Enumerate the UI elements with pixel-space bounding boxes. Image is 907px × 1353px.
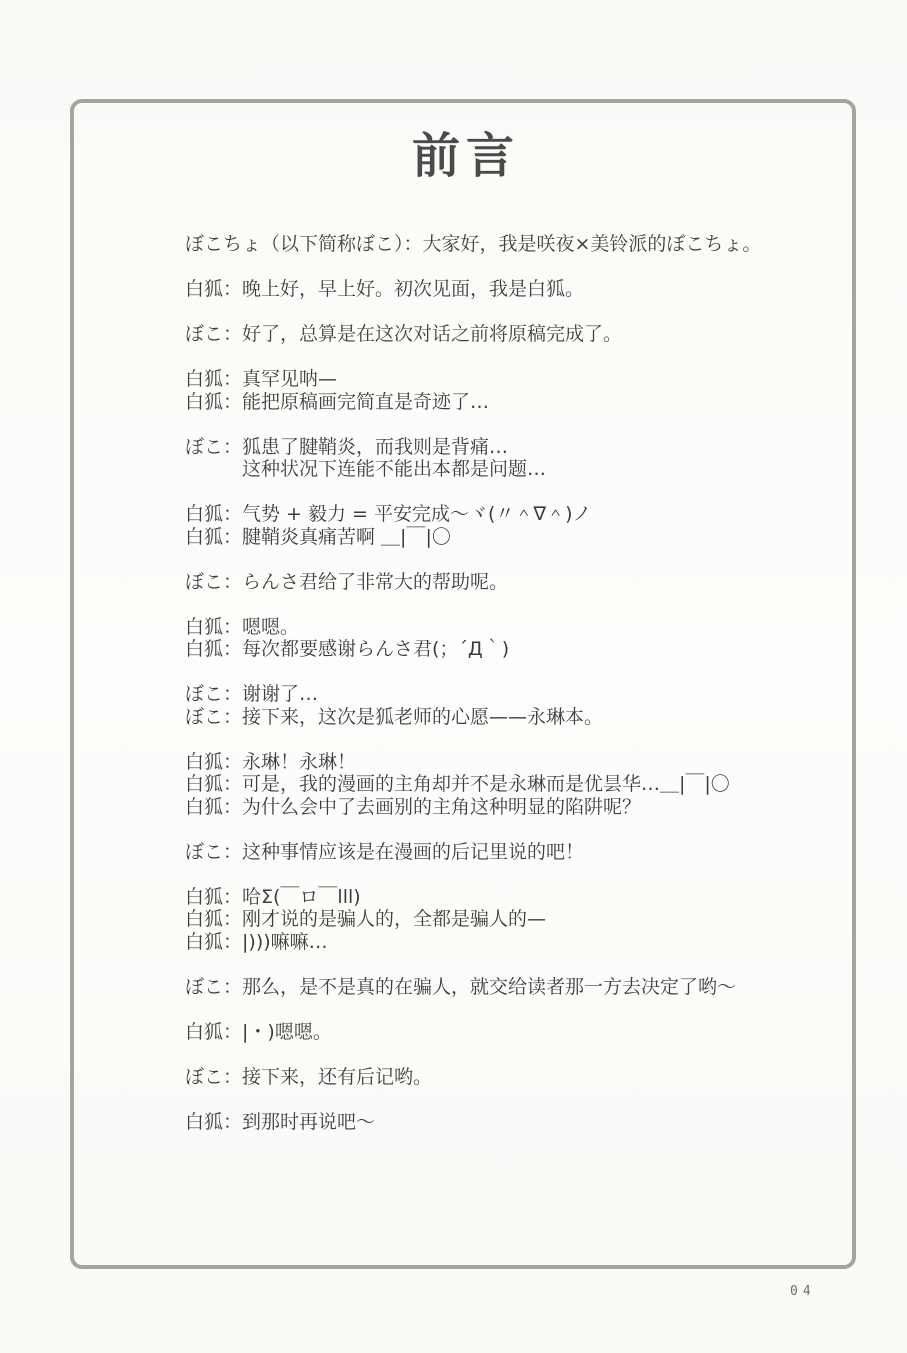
dialogue-line: ぼこ：谢谢了…: [185, 683, 812, 706]
dialogue-line: ぼこちょ（以下简称ぼこ）：大家好，我是咲夜×美铃派的ぼこちょ。: [185, 233, 812, 256]
dialogue-group: ぼこちょ（以下简称ぼこ）：大家好，我是咲夜×美铃派的ぼこちょ。: [185, 233, 812, 256]
dialogue-group: ぼこ：那么，是不是真的在骗人，就交给读者那一方去决定了哟～: [185, 976, 812, 999]
dialogue-line: 白狐：为什么会中了去画别的主角这种明显的陷阱呢？: [185, 796, 812, 819]
dialogue: ぼこちょ（以下简称ぼこ）：大家好，我是咲夜×美铃派的ぼこちょ。白狐：晚上好，早上…: [185, 233, 812, 1133]
dialogue-line: 白狐：每次都要感谢らんさ君(；´Д｀): [185, 638, 812, 661]
dialogue-line: 白狐：能把原稿画完简直是奇迹了…: [185, 391, 812, 414]
dialogue-group: 白狐：晚上好，早上好。初次见面，我是白狐。: [185, 278, 812, 301]
dialogue-group: ぼこ：好了，总算是在这次对话之前将原稿完成了。: [185, 323, 812, 346]
dialogue-group: 白狐：真罕见呐—白狐：能把原稿画完简直是奇迹了…: [185, 368, 812, 413]
dialogue-line: 白狐：永琳！永琳！: [185, 751, 812, 774]
page-title: 前言: [74, 131, 852, 181]
dialogue-group: 白狐：到那时再说吧～: [185, 1111, 812, 1134]
dialogue-line: ぼこ：接下来，这次是狐老师的心愿——永琳本。: [185, 706, 812, 729]
dialogue-line: 白狐：真罕见呐—: [185, 368, 812, 391]
dialogue-group: ぼこ：这种事情应该是在漫画的后记里说的吧！: [185, 841, 812, 864]
dialogue-group: ぼこ：らんさ君给了非常大的帮助呢。: [185, 571, 812, 594]
dialogue-line: ぼこ：接下来，还有后记哟。: [185, 1066, 812, 1089]
dialogue-line: 白狐：哈Σ(￣ロ￣lll): [185, 886, 812, 909]
dialogue-line: 白狐：可是，我的漫画的主角却并不是永琳而是优昙华…＿|￣|〇: [185, 773, 812, 796]
dialogue-line: 白狐：|)))嘛嘛…: [185, 931, 812, 954]
dialogue-line: ぼこ：这种事情应该是在漫画的后记里说的吧！: [185, 841, 812, 864]
dialogue-group: 白狐：哈Σ(￣ロ￣lll)白狐：刚才说的是骗人的，全都是骗人的—白狐：|)))嘛…: [185, 886, 812, 954]
dialogue-line: ぼこ：狐患了腱鞘炎，而我则是背痛…: [185, 436, 812, 459]
dialogue-line: 白狐：气势 + 毅力 = 平安完成～ヾ(〃＾∇＾)ノ: [185, 503, 812, 526]
dialogue-line: ぼこ：らんさ君给了非常大的帮助呢。: [185, 571, 812, 594]
dialogue-line: 白狐：|・)嗯嗯。: [185, 1021, 812, 1044]
dialogue-line: ぼこ：那么，是不是真的在骗人，就交给读者那一方去决定了哟～: [185, 976, 812, 999]
dialogue-group: ぼこ：狐患了腱鞘炎，而我则是背痛… 这种状况下连能不能出本都是问题…: [185, 436, 812, 481]
dialogue-group: 白狐：|・)嗯嗯。: [185, 1021, 812, 1044]
page-number: 04: [790, 1284, 816, 1299]
page-border-frame: 前言 ぼこちょ（以下简称ぼこ）：大家好，我是咲夜×美铃派的ぼこちょ。白狐：晚上好…: [70, 99, 856, 1269]
dialogue-line: 白狐：到那时再说吧～: [185, 1111, 812, 1134]
dialogue-group: ぼこ：接下来，还有后记哟。: [185, 1066, 812, 1089]
scanned-page-background: 前言 ぼこちょ（以下简称ぼこ）：大家好，我是咲夜×美铃派的ぼこちょ。白狐：晚上好…: [0, 0, 907, 1353]
dialogue-line: 白狐：晚上好，早上好。初次见面，我是白狐。: [185, 278, 812, 301]
dialogue-line: 这种状况下连能不能出本都是问题…: [185, 458, 812, 481]
dialogue-line: 白狐：嗯嗯。: [185, 616, 812, 639]
dialogue-line: ぼこ：好了，总算是在这次对话之前将原稿完成了。: [185, 323, 812, 346]
dialogue-group: 白狐：永琳！永琳！白狐：可是，我的漫画的主角却并不是永琳而是优昙华…＿|￣|〇白…: [185, 751, 812, 819]
dialogue-group: ぼこ：谢谢了…ぼこ：接下来，这次是狐老师的心愿——永琳本。: [185, 683, 812, 728]
dialogue-line: 白狐：刚才说的是骗人的，全都是骗人的—: [185, 908, 812, 931]
dialogue-line: 白狐：腱鞘炎真痛苦啊 ＿|￣|〇: [185, 526, 812, 549]
dialogue-group: 白狐：气势 + 毅力 = 平安完成～ヾ(〃＾∇＾)ノ白狐：腱鞘炎真痛苦啊 ＿|￣…: [185, 503, 812, 548]
dialogue-group: 白狐：嗯嗯。白狐：每次都要感谢らんさ君(；´Д｀): [185, 616, 812, 661]
